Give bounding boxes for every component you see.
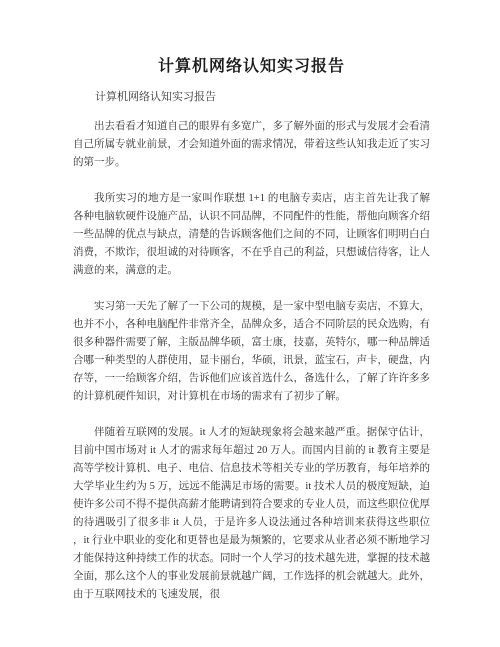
paragraph-it-industry: 伴随着互联网的发展。it 人才的短缺现象将会越来越严重。据保守估计，目前中国市场… [73,424,430,604]
document-subtitle: 计算机网络认知实习报告 [73,90,430,105]
paragraph-first-day: 实习第一天先了解了一下公司的规模，是一家中型电脑专卖店，不算大，也并不小，各种电… [73,298,430,406]
document-page: 计算机网络认知实习报告 计算机网络认知实习报告 出去看看才知道自己的眼界有多宽广… [0,0,500,647]
paragraph-internship-place: 我所实习的地方是一家叫作联想 1+1 的电脑专卖店，店主首先让我了解各种电脑软硬… [73,190,430,280]
document-title: 计算机网络认知实习报告 [73,56,430,78]
paragraph-intro: 出去看看才知道自己的眼界有多宽广，多了解外面的形式与发展才会看清自己所属专就业前… [73,118,430,172]
